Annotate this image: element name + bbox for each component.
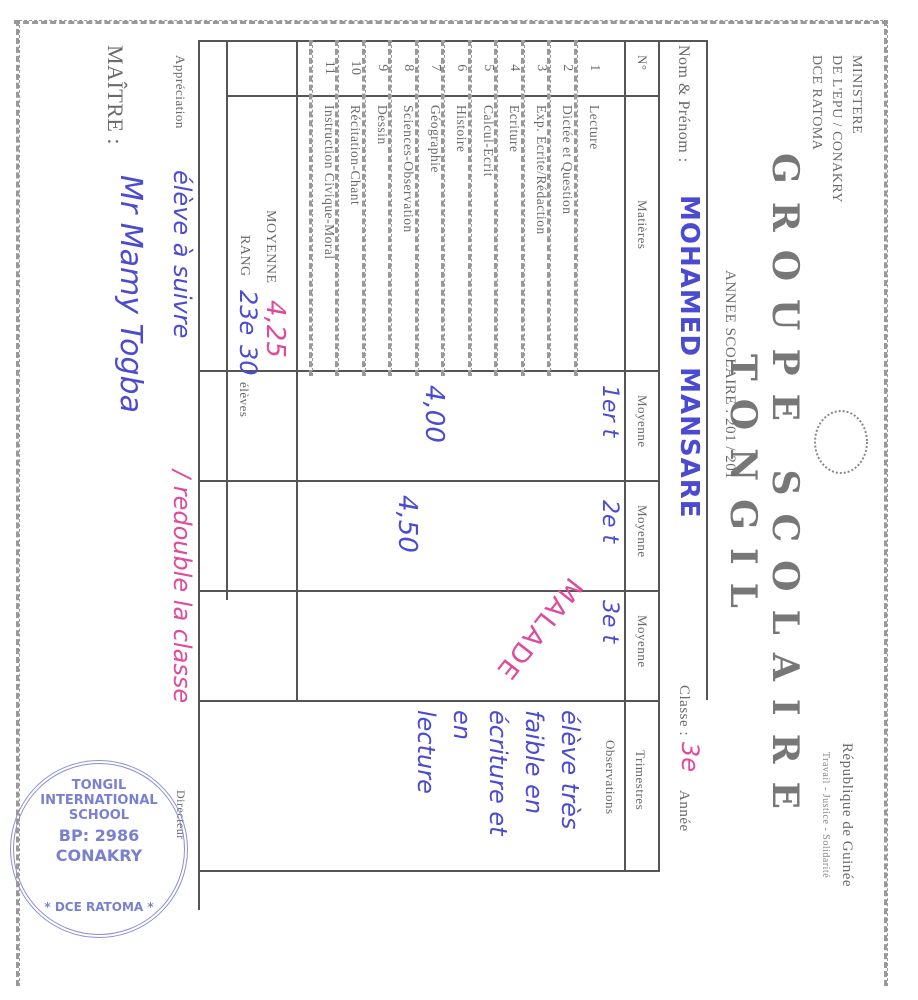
row-subject: Instruction Civique-Moral bbox=[321, 105, 337, 260]
row-number: 1 bbox=[586, 48, 602, 88]
school-stamp: TONGIL INTERNATIONAL SCHOOL BP: 2986 CON… bbox=[10, 760, 188, 938]
trimester-1-label: 1er t bbox=[597, 385, 622, 437]
sick-annotation: MALADE bbox=[490, 572, 588, 686]
table-border bbox=[200, 590, 660, 592]
row-subject: Calcul-Ecrit bbox=[480, 105, 496, 177]
table-border bbox=[200, 700, 660, 702]
row-number: 6 bbox=[454, 48, 470, 88]
header-moyenne-1: Moyenne bbox=[634, 395, 650, 448]
row-number: 9 bbox=[374, 48, 390, 88]
row-divider bbox=[389, 40, 393, 376]
header-moyenne-2: Moyenne bbox=[634, 505, 650, 558]
rang-value: 23e bbox=[234, 290, 262, 335]
stamp-ring-bottom: * DCE RATOMA * bbox=[24, 900, 174, 914]
grade-t1: 4,00 bbox=[419, 385, 449, 443]
table-border bbox=[200, 480, 660, 482]
rang-total: 30 bbox=[234, 345, 262, 376]
stamp-ring-top: TONGIL INTERNATIONAL SCHOOL bbox=[24, 778, 174, 823]
ministry-line: DCE RATOMA bbox=[806, 55, 826, 203]
row-number: 10 bbox=[348, 48, 364, 88]
table-border bbox=[658, 700, 660, 870]
table-border bbox=[226, 40, 228, 600]
row-number: 11 bbox=[321, 48, 337, 88]
row-divider bbox=[309, 40, 313, 376]
name-label: Nom & Prénom : bbox=[674, 45, 692, 163]
school-emblem-icon bbox=[814, 410, 868, 474]
moyenne-value: 4,25 bbox=[260, 300, 290, 358]
rang-suffix: élèves bbox=[236, 382, 252, 417]
stamp-bp: BP: 2986 bbox=[34, 826, 164, 846]
row-subject: Dessin bbox=[374, 105, 390, 145]
row-subject: Récitation-Chant bbox=[348, 105, 364, 205]
stamp-city: CONAKRY bbox=[34, 846, 164, 866]
table-border bbox=[200, 370, 660, 372]
row-number: 4 bbox=[507, 48, 523, 88]
row-number: 3 bbox=[533, 48, 549, 88]
student-name: MOHAMED MANSARE bbox=[674, 195, 704, 519]
observation-line: faible en bbox=[516, 710, 552, 870]
row-number: 7 bbox=[427, 48, 443, 88]
table-border bbox=[198, 40, 200, 910]
frame-line bbox=[14, 20, 888, 24]
header-subjects: Matières bbox=[634, 200, 650, 249]
grade-t2: 4,50 bbox=[393, 495, 423, 553]
row-divider bbox=[468, 40, 472, 376]
appreciation-label: Appréciation bbox=[172, 55, 188, 129]
frame-line bbox=[884, 20, 888, 986]
table-border bbox=[706, 40, 708, 700]
ministry-line: MINISTERE bbox=[846, 55, 866, 203]
school-year: ANNEE SCOLAIRE : 201 / 201 bbox=[721, 270, 738, 479]
observation-line: en bbox=[444, 710, 480, 870]
maitre-label: MAÎTRE : bbox=[102, 45, 128, 145]
appreciation-teacher: élève à suivre bbox=[168, 170, 196, 338]
class-value: 3e bbox=[676, 742, 704, 772]
header-number: N° bbox=[634, 55, 650, 71]
moyenne-label: MOYENNE bbox=[262, 210, 278, 284]
header-observations: Observations bbox=[602, 740, 618, 815]
row-subject: Sciences-Observation bbox=[401, 105, 417, 233]
observation-line: lecture bbox=[408, 710, 444, 870]
table-border bbox=[198, 40, 708, 42]
observation-text: élève très faible en écriture et en lect… bbox=[408, 710, 588, 870]
ministry-header: MINISTERE DE L'EPU / CONAKRY DCE RATOMA bbox=[806, 55, 866, 203]
row-subject: Ecriture bbox=[507, 105, 523, 152]
row-subject: Lecture bbox=[586, 105, 602, 150]
school-title: GROUPE SCOLAIRE TONGIL bbox=[722, 80, 806, 900]
republic-name: République de Guinée bbox=[836, 690, 858, 940]
table-border bbox=[200, 870, 660, 872]
row-number: 2 bbox=[560, 48, 576, 88]
maitre-name: Mr Mamy Togba bbox=[113, 175, 148, 413]
row-number: 5 bbox=[480, 48, 496, 88]
header-trimestres: Trimestres bbox=[632, 750, 648, 810]
class-suffix: Année bbox=[675, 790, 692, 832]
row-subject: Histoire bbox=[454, 105, 470, 153]
header-moyenne-3: Moyenne bbox=[634, 615, 650, 668]
class-label: Classe : bbox=[675, 685, 692, 736]
stamp-center: BP: 2986 CONAKRY bbox=[34, 826, 164, 866]
ministry-line: DE L'EPU / CONAKRY bbox=[826, 55, 846, 203]
rang-label: RANG bbox=[236, 235, 252, 277]
row-subject: Exp. Ecrite/Rédaction bbox=[533, 105, 549, 235]
row-subject: Dictée et Question bbox=[560, 105, 576, 214]
row-divider bbox=[521, 40, 525, 376]
row-divider bbox=[362, 40, 366, 376]
appreciation-director: / redouble la classe bbox=[168, 470, 196, 703]
trimester-3-label: 3e t bbox=[597, 600, 622, 643]
frame-line bbox=[16, 20, 20, 986]
republic-header: République de Guinée Travail - Justice -… bbox=[814, 690, 858, 940]
row-subject: Géographie bbox=[427, 105, 443, 173]
republic-motto: Travail - Justice - Solidarité bbox=[814, 690, 836, 940]
row-number: 8 bbox=[401, 48, 417, 88]
observation-line: écriture et bbox=[480, 710, 516, 870]
observation-line: élève très bbox=[552, 710, 588, 870]
trimester-2-label: 2e t bbox=[597, 500, 622, 543]
table-border bbox=[624, 640, 626, 870]
row-divider bbox=[442, 40, 446, 376]
row-divider bbox=[495, 40, 499, 376]
report-card-document: MINISTERE DE L'EPU / CONAKRY DCE RATOMA … bbox=[0, 0, 918, 1000]
